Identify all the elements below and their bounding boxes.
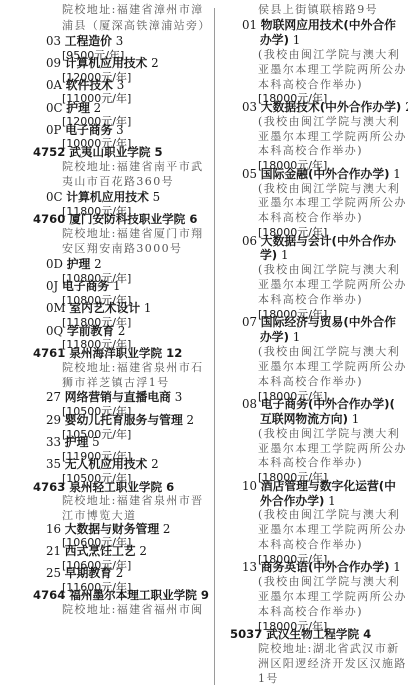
cooperation-note: 亚墨尔本理工学院两所公办 xyxy=(258,278,407,292)
plan-count: 5 xyxy=(155,145,163,159)
school-entry: 4760 厦门安防科技职业学院 6 xyxy=(33,212,197,226)
cooperation-note: (我校由闽江学院与澳大利 xyxy=(258,575,400,589)
major-code: 06 xyxy=(242,234,257,248)
cooperation-note: 亚墨尔本理工学院两所公办 xyxy=(258,130,407,144)
major-code: 29 xyxy=(46,413,61,427)
major-entry-continued: 办学) 1 xyxy=(260,330,300,344)
cooperation-note: 本科高校合作举办) xyxy=(258,605,363,619)
major-name: 外合作办学) xyxy=(260,494,324,508)
cooperation-note: 本科高校合作举办) xyxy=(258,375,363,389)
major-entry-continued: 互联网物流方向) 1 xyxy=(260,412,359,426)
plan-count: 2 xyxy=(116,566,124,580)
major-entry: 07 国际经济与贸易(中外合作 xyxy=(242,315,396,329)
school-address: 夷山市百花路360号 xyxy=(62,175,174,189)
plan-count: 1 xyxy=(281,248,289,262)
plan-count: 1 xyxy=(293,33,301,47)
school-address: 院校地址:福建省福州市闽 xyxy=(62,603,204,617)
major-code: 25 xyxy=(46,566,61,580)
school-address: 1号 xyxy=(258,672,279,685)
major-entry: 13 商务英语(中外合作办学) 1 xyxy=(242,560,401,574)
major-entry: 16 大数据与财务管理 2 xyxy=(46,522,170,536)
major-name: 西式烹饪工艺 xyxy=(65,544,136,558)
major-entry: 06 大数据与会计(中外合作办 xyxy=(242,234,396,248)
plan-count: 3 xyxy=(175,390,183,404)
school-entry: 4752 武夷山职业学院 5 xyxy=(33,145,163,159)
major-code: 09 xyxy=(46,56,61,70)
plan-count: 3 xyxy=(117,78,125,92)
school-entry: 5037 武汉生物工程学院 4 xyxy=(230,627,371,641)
cooperation-note: 亚墨尔本理工学院两所公办 xyxy=(258,523,407,537)
school-name: 泉州轻工职业学院 xyxy=(69,480,162,494)
major-entry: 25 早期教育 2 xyxy=(46,566,123,580)
school-code: 4763 xyxy=(33,480,65,494)
cooperation-note: 亚墨尔本理工学院两所公办 xyxy=(258,63,407,77)
major-entry: 10 酒店管理与数字化运营(中 xyxy=(242,479,396,493)
major-entry: 33 护理 5 xyxy=(46,435,100,449)
major-entry: 03 大数据技术(中外合作办学) 2 xyxy=(242,100,408,114)
plan-count: 3 xyxy=(116,34,124,48)
major-name: 早期教育 xyxy=(65,566,112,580)
major-entry: 0P 电子商务 3 xyxy=(46,123,124,137)
major-name: 计算机应用技术 xyxy=(65,56,148,70)
school-address: 狮市祥芝镇古浮1号 xyxy=(62,376,170,390)
major-name: 护理 xyxy=(65,435,89,449)
school-code: 5037 xyxy=(230,627,262,641)
major-name: 电子商务 xyxy=(65,123,112,137)
major-entry: 09 计算机应用技术 2 xyxy=(46,56,159,70)
plan-count: 2 xyxy=(163,522,171,536)
major-name: 学前教育 xyxy=(67,324,114,338)
school-address: 侯县上街镇联榕路9号 xyxy=(258,3,378,17)
plan-count: 1 xyxy=(328,494,336,508)
major-code: 0C xyxy=(46,190,63,204)
school-code: 4761 xyxy=(33,346,65,360)
major-entry: 0Q 学前教育 2 xyxy=(46,324,125,338)
plan-count: 1 xyxy=(393,560,401,574)
major-name: 办学) xyxy=(260,33,289,47)
major-name: 室内艺术设计 xyxy=(69,301,140,315)
major-entry: 0J 电子商务 1 xyxy=(46,279,120,293)
major-code: 0A xyxy=(46,78,62,92)
major-code: 13 xyxy=(242,560,257,574)
major-code: 08 xyxy=(242,397,257,411)
major-name: 无人机应用技术 xyxy=(65,457,148,471)
major-code: 07 xyxy=(242,315,257,329)
major-entry: 0D 护理 2 xyxy=(46,257,102,271)
major-code: 21 xyxy=(46,544,61,558)
major-code: 03 xyxy=(242,100,257,114)
school-entry: 4764 福州墨尔本理工职业学院 9 xyxy=(33,588,209,602)
plan-count: 5 xyxy=(153,190,161,204)
plan-count: 1 xyxy=(113,279,121,293)
school-name: 武汉生物工程学院 xyxy=(266,627,359,641)
major-name: 酒店管理与数字化运营(中 xyxy=(261,479,396,493)
school-address: 江市博览大道 xyxy=(62,509,136,523)
school-address: 院校地址:福建省泉州市晋 xyxy=(62,494,204,508)
major-code: 0C xyxy=(46,101,63,115)
major-name: 大数据与财务管理 xyxy=(65,522,159,536)
cooperation-note: (我校由闽江学院与澳大利 xyxy=(258,508,400,522)
major-name: 电子商务 xyxy=(62,279,109,293)
school-code: 4752 xyxy=(33,145,65,159)
plan-count: 5 xyxy=(92,435,100,449)
major-entry: 0M 室内艺术设计 1 xyxy=(46,301,151,315)
cooperation-note: 本科高校合作举办) xyxy=(258,456,363,470)
cooperation-note: 本科高校合作举办) xyxy=(258,78,363,92)
school-address: 院校地址:福建省泉州市石 xyxy=(62,361,204,375)
school-address: 院校地址:福建省南平市武 xyxy=(62,160,204,174)
plan-count: 12 xyxy=(166,346,182,360)
cooperation-note: (我校由闽江学院与澳大利 xyxy=(258,427,400,441)
major-name: 大数据与会计(中外合作办 xyxy=(261,234,396,248)
cooperation-note: 亚墨尔本理工学院两所公办 xyxy=(258,360,407,374)
major-code: 0J xyxy=(46,279,58,293)
school-address: 浦县（厦深高铁漳浦站旁） xyxy=(62,19,211,33)
major-code: 27 xyxy=(46,390,61,404)
major-entry: 0A 软件技术 3 xyxy=(46,78,124,92)
cooperation-note: 亚墨尔本理工学院两所公办 xyxy=(258,590,407,604)
plan-count: 2 xyxy=(139,544,147,558)
major-entry-continued: 外合作办学) 1 xyxy=(260,494,336,508)
major-entry-continued: 办学) 1 xyxy=(260,33,300,47)
major-entry: 29 婴幼儿托育服务与管理 2 xyxy=(46,413,194,427)
school-name: 武夷山职业学院 xyxy=(69,145,150,159)
cooperation-note: 本科高校合作举办) xyxy=(258,144,363,158)
plan-count: 9 xyxy=(201,588,209,602)
plan-count: 2 xyxy=(94,257,102,271)
school-entry: 4763 泉州轻工职业学院 6 xyxy=(33,480,174,494)
major-entry: 08 电子商务(中外合作办学)( xyxy=(242,397,395,411)
major-name: 软件技术 xyxy=(66,78,113,92)
major-code: 0P xyxy=(46,123,61,137)
plan-count: 2 xyxy=(94,101,102,115)
major-name: 办学) xyxy=(260,330,289,344)
plan-count: 1 xyxy=(293,330,301,344)
major-code: 05 xyxy=(242,167,257,181)
school-address: 院校地址:湖北省武汉市新 xyxy=(258,642,400,656)
major-name: 大数据技术(中外合作办学) xyxy=(261,100,402,114)
school-name: 泉州海洋职业学院 xyxy=(69,346,162,360)
plan-count: 2 xyxy=(151,56,159,70)
major-code: 35 xyxy=(46,457,61,471)
plan-count: 2 xyxy=(151,457,159,471)
major-name: 国际金融(中外合作办学) xyxy=(261,167,390,181)
school-address: 安区翔安南路3000号 xyxy=(62,242,182,256)
cooperation-note: (我校由闽江学院与澳大利 xyxy=(258,345,400,359)
major-entry: 05 国际金融(中外合作办学) 1 xyxy=(242,167,401,181)
plan-count: 1 xyxy=(393,167,401,181)
major-entry: 0C 护理 2 xyxy=(46,101,101,115)
major-code: 0Q xyxy=(46,324,63,338)
major-code: 0M xyxy=(46,301,66,315)
major-name: 网络营销与直播电商 xyxy=(65,390,171,404)
major-name: 婴幼儿托育服务与管理 xyxy=(65,413,183,427)
major-name: 国际经济与贸易(中外合作 xyxy=(261,315,396,329)
school-code: 4760 xyxy=(33,212,65,226)
cooperation-note: 本科高校合作举办) xyxy=(258,538,363,552)
major-entry: 27 网络营销与直播电商 3 xyxy=(46,390,182,404)
school-code: 4764 xyxy=(33,588,65,602)
cooperation-note: 亚墨尔本理工学院两所公办 xyxy=(258,442,407,456)
plan-count: 2 xyxy=(187,413,195,427)
cooperation-note: (我校由闽江学院与澳大利 xyxy=(258,115,400,129)
major-entry: 03 工程造价 3 xyxy=(46,34,123,48)
major-name: 商务英语(中外合作办学) xyxy=(261,560,390,574)
cooperation-note: (我校由闽江学院与澳大利 xyxy=(258,182,400,196)
plan-count: 6 xyxy=(189,212,197,226)
major-code: 33 xyxy=(46,435,61,449)
major-code: 16 xyxy=(46,522,61,536)
cooperation-note: 亚墨尔本理工学院两所公办 xyxy=(258,196,407,210)
major-name: 工程造价 xyxy=(65,34,112,48)
major-name: 护理 xyxy=(66,101,90,115)
major-name: 护理 xyxy=(67,257,91,271)
cooperation-note: (我校由闽江学院与澳大利 xyxy=(258,48,400,62)
major-code: 03 xyxy=(46,34,61,48)
plan-count: 3 xyxy=(116,123,124,137)
plan-count: 1 xyxy=(352,412,360,426)
plan-count: 4 xyxy=(363,627,371,641)
major-name: 互联网物流方向) xyxy=(260,412,348,426)
plan-count: 2 xyxy=(118,324,126,338)
major-name: 学) xyxy=(260,248,277,262)
plan-count: 6 xyxy=(166,480,174,494)
cooperation-note: 本科高校合作举办) xyxy=(258,293,363,307)
major-entry: 35 无人机应用技术 2 xyxy=(46,457,159,471)
column-divider xyxy=(214,8,215,685)
cooperation-note: 本科高校合作举办) xyxy=(258,211,363,225)
school-entry: 4761 泉州海洋职业学院 12 xyxy=(33,346,182,360)
major-code: 0D xyxy=(46,257,63,271)
major-name: 物联网应用技术(中外合作 xyxy=(261,18,396,32)
major-code: 10 xyxy=(242,479,257,493)
school-name: 厦门安防科技职业学院 xyxy=(69,212,185,226)
major-entry: 01 物联网应用技术(中外合作 xyxy=(242,18,396,32)
school-name: 福州墨尔本理工职业学院 xyxy=(69,588,197,602)
school-address: 院校地址:福建省漳州市漳 xyxy=(62,3,204,17)
cooperation-note: (我校由闽江学院与澳大利 xyxy=(258,263,400,277)
plan-count: 1 xyxy=(144,301,152,315)
school-address: 洲区阳逻经济开发区汉施路 xyxy=(258,657,407,671)
major-name: 电子商务(中外合作办学)( xyxy=(261,397,395,411)
major-entry-continued: 学) 1 xyxy=(260,248,288,262)
major-entry: 21 西式烹饪工艺 2 xyxy=(46,544,147,558)
school-address: 院校地址:福建省厦门市翔 xyxy=(62,227,204,241)
major-name: 计算机应用技术 xyxy=(66,190,149,204)
major-entry: 0C 计算机应用技术 5 xyxy=(46,190,160,204)
major-code: 01 xyxy=(242,18,257,32)
